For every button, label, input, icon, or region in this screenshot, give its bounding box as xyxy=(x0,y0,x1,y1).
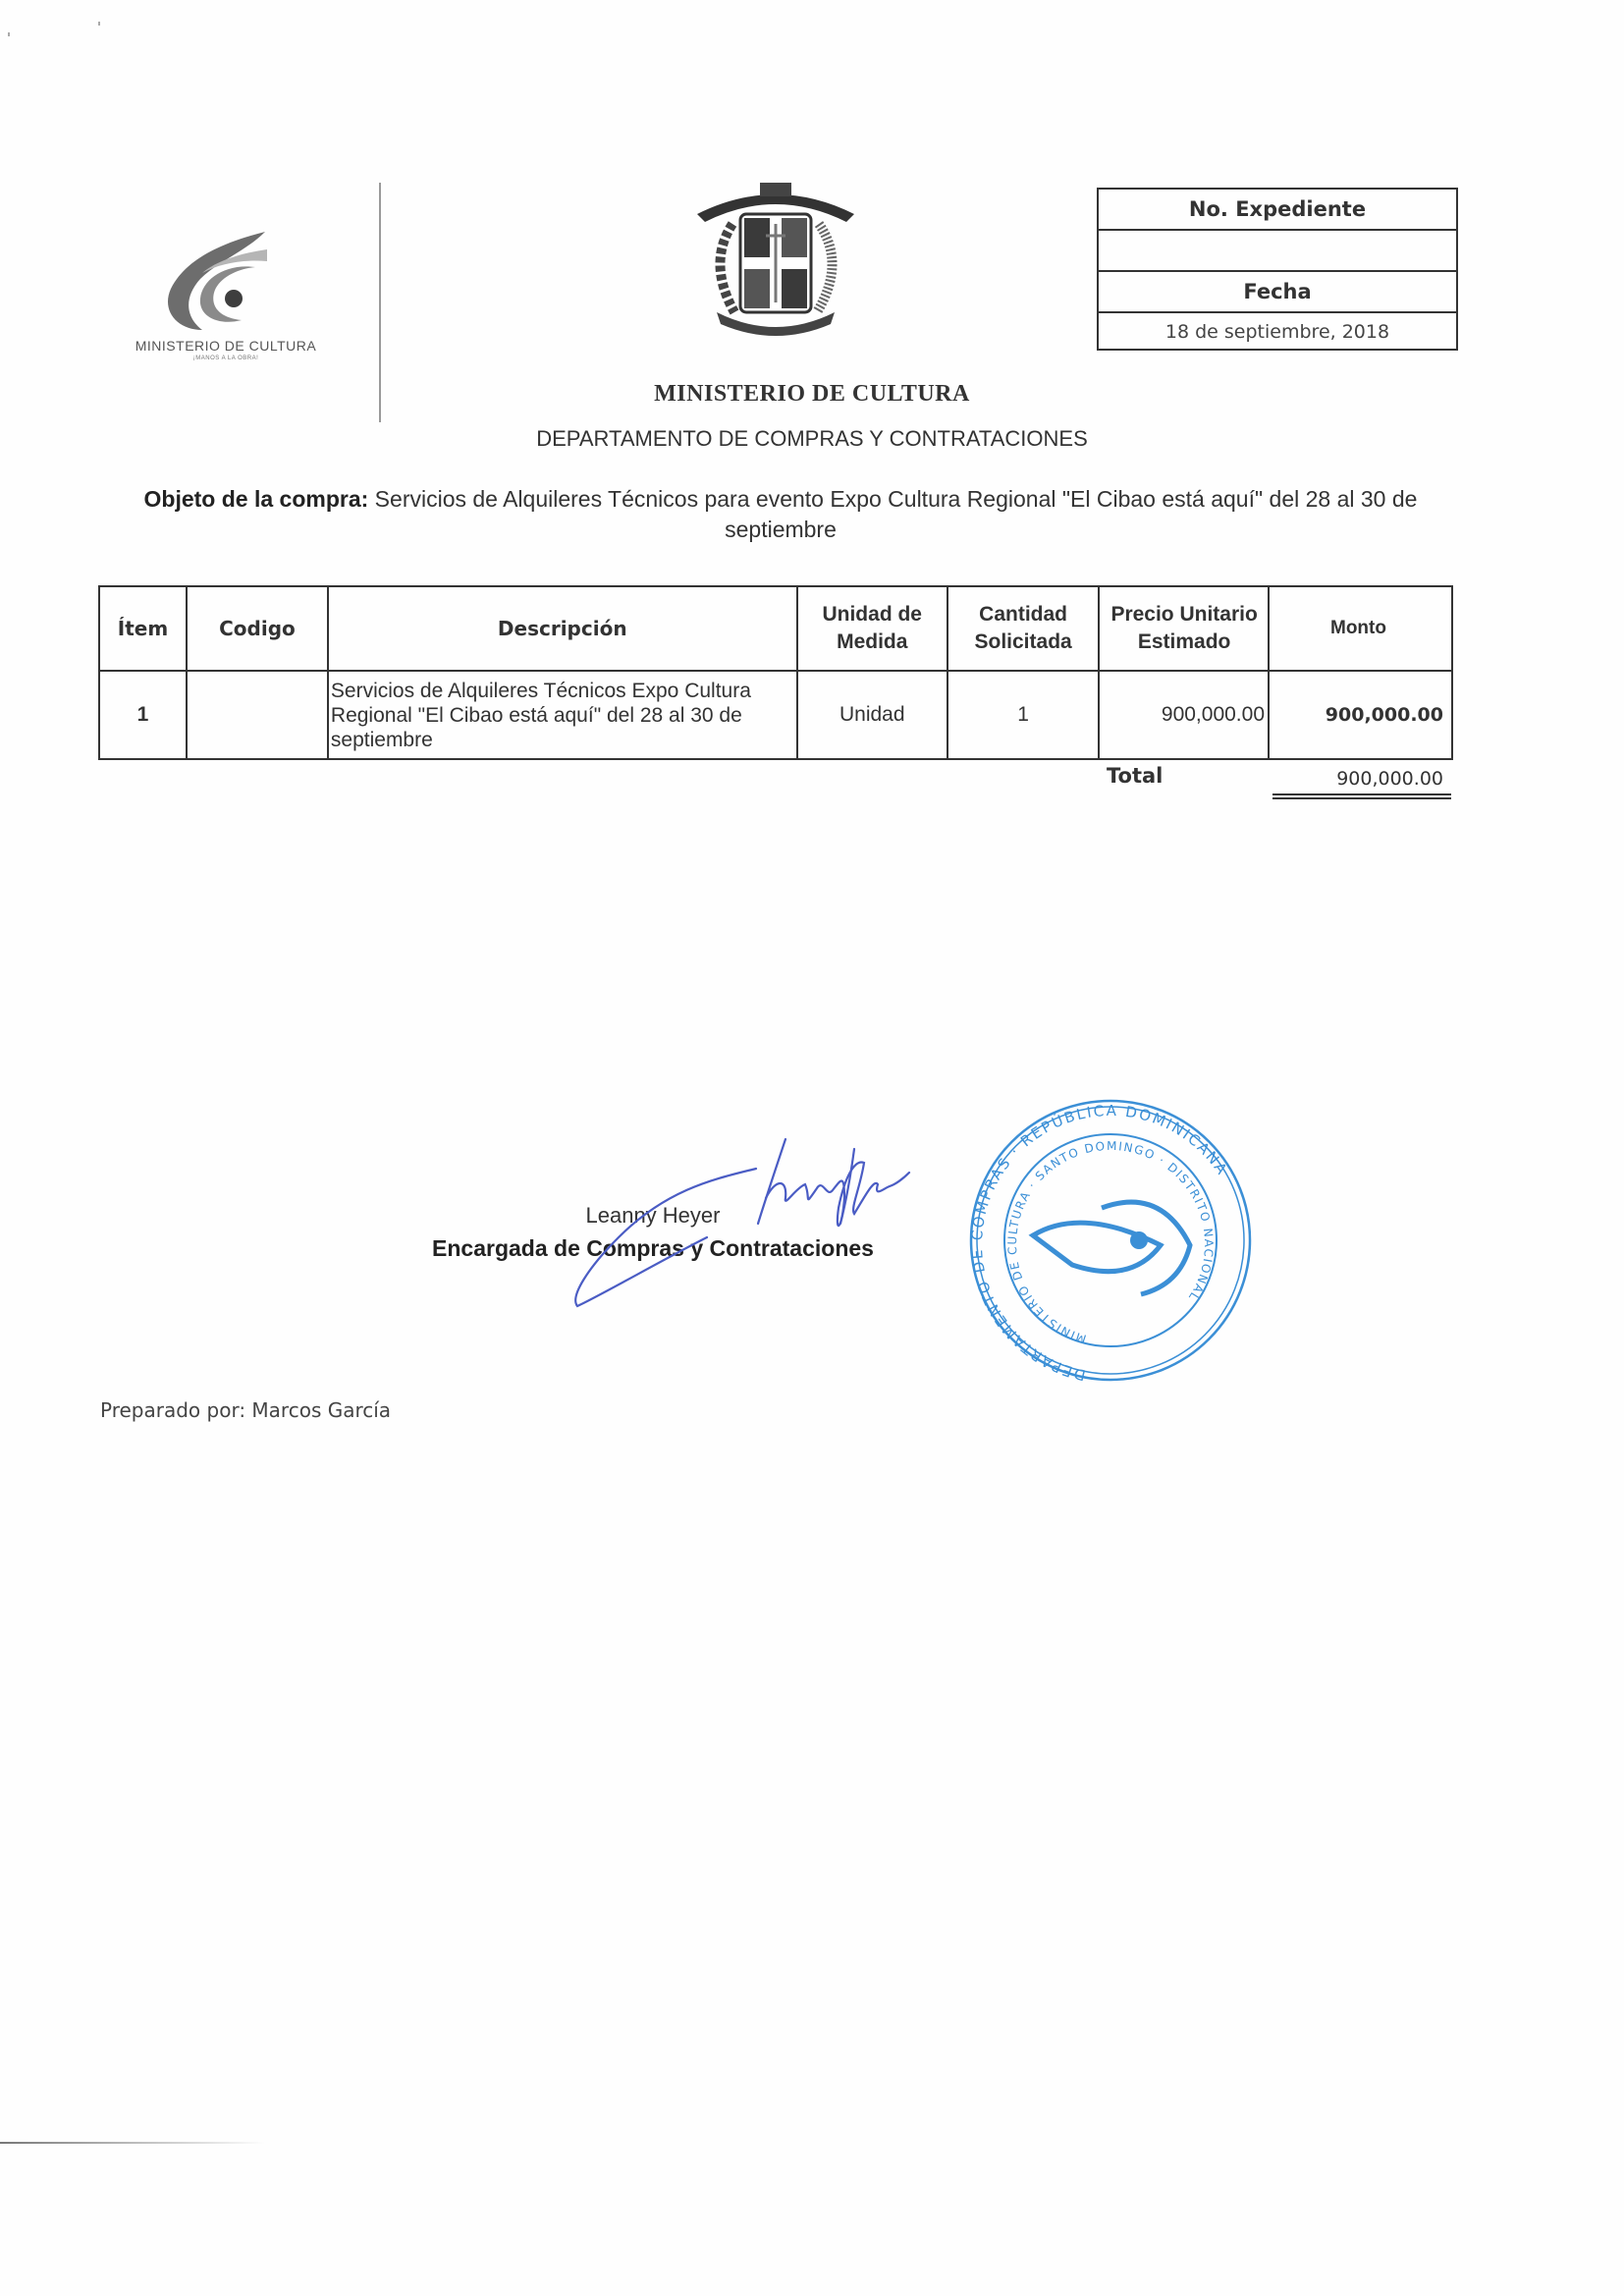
col-item: Ítem xyxy=(99,586,187,671)
cell-cantidad: 1 xyxy=(947,671,1099,759)
cell-codigo xyxy=(187,671,328,759)
logo-tagline: ¡MANOS A LA OBRA! xyxy=(128,355,324,361)
expediente-label: No. Expediente xyxy=(1099,190,1456,231)
cell-monto: 900,000.00 xyxy=(1269,671,1452,759)
eye-logo-icon xyxy=(157,228,295,336)
fecha-label: Fecha xyxy=(1099,272,1456,313)
col-monto: Monto xyxy=(1269,586,1452,671)
department-title: DEPARTAMENTO DE COMPRAS Y CONTRATACIONES xyxy=(0,426,1624,452)
table-header-row: Ítem Codigo Descripción Unidad de Medida… xyxy=(99,586,1452,671)
coat-of-arms-icon xyxy=(677,175,874,347)
total-double-underline xyxy=(1272,793,1451,799)
cell-unidad: Unidad xyxy=(797,671,947,759)
expediente-value xyxy=(1099,231,1456,272)
items-table: Ítem Codigo Descripción Unidad de Medida… xyxy=(98,585,1453,760)
signature-icon xyxy=(560,1129,1001,1316)
col-cantidad: Cantidad Solicitada xyxy=(947,586,1099,671)
scan-speck xyxy=(8,32,10,36)
expediente-box: No. Expediente Fecha 18 de septiembre, 2… xyxy=(1097,188,1458,351)
coat-of-arms xyxy=(677,175,874,347)
col-codigo: Codigo xyxy=(187,586,328,671)
col-descripcion: Descripción xyxy=(328,586,797,671)
purchase-object: Objeto de la compra: Servicios de Alquil… xyxy=(98,484,1463,545)
purchase-object-label: Objeto de la compra: xyxy=(144,486,369,512)
logo-name: MINISTERIO DE CULTURA xyxy=(128,338,324,354)
total-label: Total xyxy=(1107,764,1163,788)
total-value: 900,000.00 xyxy=(1272,768,1443,790)
scan-edge-line xyxy=(0,2142,265,2144)
cell-descripcion: Servicios de Alquileres Técnicos Expo Cu… xyxy=(328,671,797,759)
cell-precio-unitario: 900,000.00 xyxy=(1099,671,1269,759)
ministry-title: MINISTERIO DE CULTURA xyxy=(0,381,1624,408)
col-precio-unitario: Precio Unitario Estimado xyxy=(1099,586,1269,671)
purchase-object-text: Servicios de Alquileres Técnicos para ev… xyxy=(368,486,1417,542)
cell-item: 1 xyxy=(99,671,187,759)
fecha-value: 18 de septiembre, 2018 xyxy=(1099,313,1456,349)
table-row: 1 Servicios de Alquileres Técnicos Expo … xyxy=(99,671,1452,759)
col-unidad: Unidad de Medida xyxy=(797,586,947,671)
ministry-logo: MINISTERIO DE CULTURA ¡MANOS A LA OBRA! xyxy=(128,228,324,365)
prepared-by: Preparado por: Marcos García xyxy=(100,1398,391,1422)
scan-speck xyxy=(98,22,100,26)
handwritten-signature xyxy=(560,1129,1001,1316)
